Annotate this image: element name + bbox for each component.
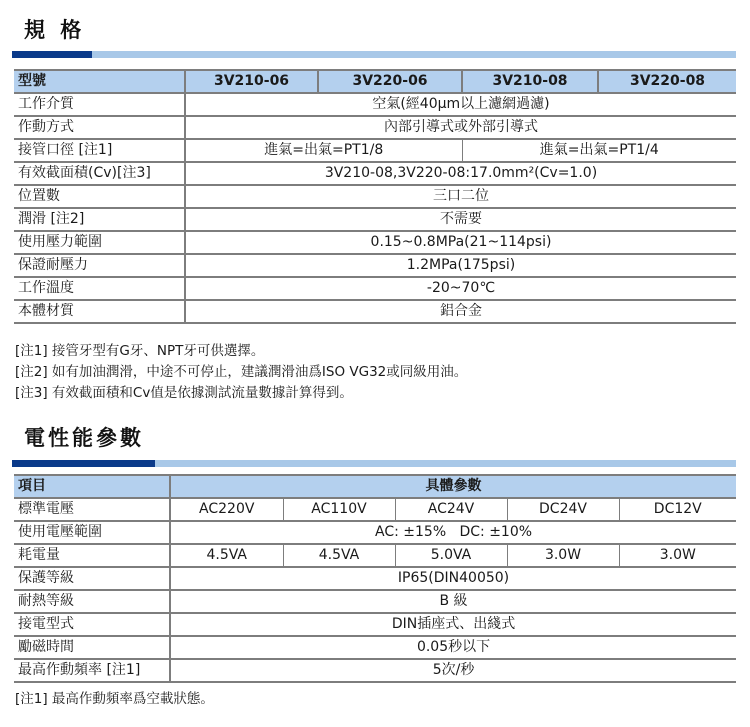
table-row: 工作介質 空氣(經40μm以上濾網過濾) [14, 93, 736, 116]
table-row: 潤滑 [注2] 不需要 [14, 208, 736, 231]
row-label: 標準電壓 [14, 498, 170, 521]
model-header: 3V210-06 [185, 70, 318, 93]
row-label: 接管口徑 [注1] [14, 139, 185, 162]
row-label: 作動方式 [14, 116, 185, 139]
table-row: 工作溫度 -20~70℃ [14, 277, 736, 300]
table-row: 耐熱等級 B 級 [14, 590, 736, 613]
electrical-notes: [注1] 最高作動頻率爲空載狀態。 [15, 689, 214, 710]
row-value: 3.0W [619, 544, 736, 567]
electrical-title-underline [12, 460, 736, 467]
model-header: 3V220-06 [318, 70, 462, 93]
row-value: B 級 [170, 590, 736, 613]
row-label: 保護等級 [14, 567, 170, 590]
item-header-label: 項目 [14, 475, 170, 498]
row-value: 內部引導式或外部引導式 [185, 116, 736, 139]
row-label: 位置數 [14, 185, 185, 208]
row-value: 4.5VA [283, 544, 395, 567]
row-value: 5次/秒 [170, 659, 736, 682]
note: [注1] 接管牙型有G牙、NPT牙可供選擇。 [15, 341, 467, 362]
electrical-section-title: 電性能參數 [24, 422, 144, 452]
row-value: 不需要 [185, 208, 736, 231]
row-value: 進氣=出氣=PT1/4 [462, 139, 736, 162]
row-label: 有效截面積(Cv)[注3] [14, 162, 185, 185]
table-row: 使用電壓範圍 AC: ±15% DC: ±10% [14, 521, 736, 544]
table-row: 勵磁時間 0.05秒以下 [14, 636, 736, 659]
row-value: 進氣=出氣=PT1/8 [185, 139, 462, 162]
row-label: 勵磁時間 [14, 636, 170, 659]
table-row: 使用壓力範圍 0.15~0.8MPa(21~114psi) [14, 231, 736, 254]
electrical-header-row: 項目 具體參數 [14, 475, 736, 498]
table-row: 保證耐壓力 1.2MPa(175psi) [14, 254, 736, 277]
row-label: 工作介質 [14, 93, 185, 116]
table-row: 標準電壓 AC220V AC110V AC24V DC24V DC12V [14, 498, 736, 521]
row-label: 潤滑 [注2] [14, 208, 185, 231]
row-value: AC: ±15% DC: ±10% [170, 521, 736, 544]
spec-section-title: 規 格 [24, 14, 85, 44]
spec-title-underline [12, 51, 736, 58]
params-header: 具體參數 [170, 475, 736, 498]
table-row: 作動方式 內部引導式或外部引導式 [14, 116, 736, 139]
spec-header-row: 型號 3V210-06 3V220-06 3V210-08 3V220-08 [14, 70, 736, 93]
row-value: DC12V [619, 498, 736, 521]
row-label: 本體材質 [14, 300, 185, 323]
table-row: 耗電量 4.5VA 4.5VA 5.0VA 3.0W 3.0W [14, 544, 736, 567]
row-value: DIN插座式、出綫式 [170, 613, 736, 636]
table-row: 接電型式 DIN插座式、出綫式 [14, 613, 736, 636]
model-header-label: 型號 [14, 70, 185, 93]
model-header: 3V220-08 [598, 70, 736, 93]
table-row: 有效截面積(Cv)[注3] 3V210-08,3V220-08:17.0mm²(… [14, 162, 736, 185]
electrical-table: 項目 具體參數 標準電壓 AC220V AC110V AC24V DC24V D… [14, 474, 736, 683]
row-label: 接電型式 [14, 613, 170, 636]
row-label: 耗電量 [14, 544, 170, 567]
model-header: 3V210-08 [462, 70, 598, 93]
row-value: 5.0VA [395, 544, 507, 567]
row-value: AC110V [283, 498, 395, 521]
table-row: 接管口徑 [注1] 進氣=出氣=PT1/8 進氣=出氣=PT1/4 [14, 139, 736, 162]
row-label: 保證耐壓力 [14, 254, 185, 277]
row-value: 3.0W [507, 544, 619, 567]
row-label: 工作溫度 [14, 277, 185, 300]
row-label: 最高作動頻率 [注1] [14, 659, 170, 682]
table-row: 本體材質 鋁合金 [14, 300, 736, 323]
table-row: 位置數 三口二位 [14, 185, 736, 208]
row-value: AC24V [395, 498, 507, 521]
row-value: IP65(DIN40050) [170, 567, 736, 590]
row-value: 4.5VA [170, 544, 283, 567]
row-value: DC24V [507, 498, 619, 521]
row-value: 空氣(經40μm以上濾網過濾) [185, 93, 736, 116]
table-row: 最高作動頻率 [注1] 5次/秒 [14, 659, 736, 682]
note: [注2] 如有加油潤滑，中途不可停止，建議潤滑油爲ISO VG32或同級用油。 [15, 362, 467, 383]
row-value: -20~70℃ [185, 277, 736, 300]
row-label: 耐熱等級 [14, 590, 170, 613]
row-value: 三口二位 [185, 185, 736, 208]
row-label: 使用壓力範圍 [14, 231, 185, 254]
note: [注3] 有效截面積和Cv值是依據測試流量數據計算得到。 [15, 383, 467, 404]
spec-table: 型號 3V210-06 3V220-06 3V210-08 3V220-08 工… [14, 69, 736, 324]
note: [注1] 最高作動頻率爲空載狀態。 [15, 689, 214, 710]
row-value: 1.2MPa(175psi) [185, 254, 736, 277]
row-value: 0.15~0.8MPa(21~114psi) [185, 231, 736, 254]
row-value: 3V210-08,3V220-08:17.0mm²(Cv=1.0) [185, 162, 736, 185]
row-label: 使用電壓範圍 [14, 521, 170, 544]
table-row: 保護等級 IP65(DIN40050) [14, 567, 736, 590]
row-value: 鋁合金 [185, 300, 736, 323]
row-value: AC220V [170, 498, 283, 521]
spec-notes: [注1] 接管牙型有G牙、NPT牙可供選擇。 [注2] 如有加油潤滑，中途不可停… [15, 341, 467, 404]
row-value: 0.05秒以下 [170, 636, 736, 659]
